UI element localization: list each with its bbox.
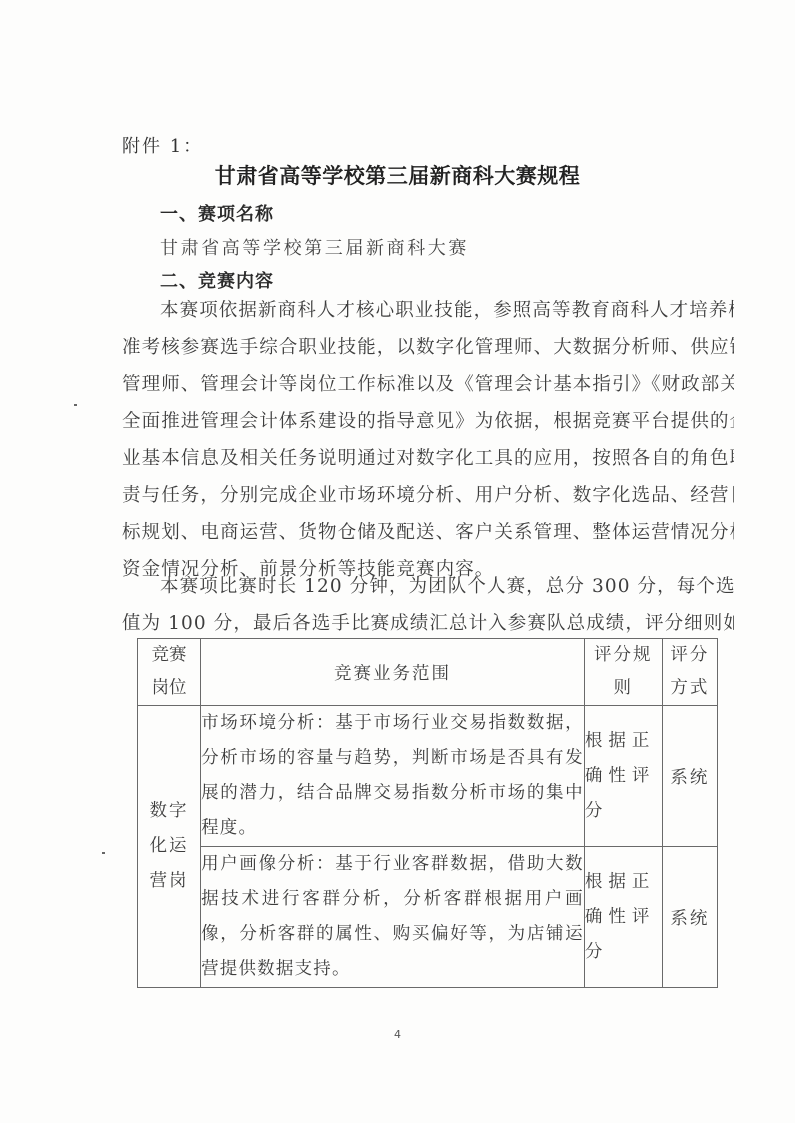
header-text: 岗位 [138, 672, 200, 705]
scope-cell: 市场环境分析：基于市场行业交易指数数据， 分析市场的容量与趋势，判断市场是否具有… [201, 706, 585, 847]
paragraph-line: 全面推进管理会计体系建设的指导意见》为依据，根据竞赛平台提供的企 [122, 403, 734, 440]
header-text: 评分规 [585, 639, 662, 672]
position-cell: 数字 化运 营岗 [138, 706, 201, 988]
header-scope: 竞赛业务范围 [201, 639, 585, 706]
header-rule: 评分规 则 [584, 639, 662, 706]
scope-line: 用户画像分析：基于行业客群数据，借助大数 [201, 847, 584, 882]
rule-line: 分 [585, 794, 662, 829]
scope-line: 分析市场的容量与趋势，判断市场是否具有发 [201, 741, 584, 776]
table-row: 用户画像分析：基于行业客群数据，借助大数 据技术进行客群分析，分析客群根据用户画… [138, 847, 718, 988]
position-text: 化运 [138, 829, 200, 864]
table-row: 数字 化运 营岗 市场环境分析：基于市场行业交易指数数据， 分析市场的容量与趋势… [138, 706, 718, 847]
scan-speck [102, 852, 105, 854]
section-heading-1: 一、赛项名称 [160, 200, 274, 226]
scope-line: 营提供数据支持。 [201, 952, 584, 987]
page-number: 4 [0, 1028, 795, 1041]
document-title: 甘肃省高等学校第三届新商科大赛规程 [0, 160, 795, 190]
rule-line: 确性评 [585, 759, 662, 794]
rule-cell: 根据正 确性评 分 [584, 847, 662, 988]
content-paragraph-2: 本赛项比赛时长 120 分钟，为团队个人赛，总分 300 分，每个选手分 值为 … [122, 568, 734, 642]
header-position: 竞赛 岗位 [138, 639, 201, 706]
paragraph-line: 准考核参赛选手综合职业技能，以数字化管理师、大数据分析师、供应链 [122, 329, 734, 366]
header-text: 方式 [663, 672, 717, 705]
section-heading-2: 二、竞赛内容 [160, 267, 274, 293]
rule-line: 根据正 [585, 865, 662, 900]
scope-line: 像，分析客群的属性、购买偏好等，为店铺运 [201, 917, 584, 952]
rule-line: 根据正 [585, 724, 662, 759]
table-header-row: 竞赛 岗位 竞赛业务范围 评分规 则 评分 方式 [138, 639, 718, 706]
scope-line: 展的潜力，结合品牌交易指数分析市场的集中 [201, 776, 584, 811]
competition-name: 甘肃省高等学校第三届新商科大赛 [160, 234, 469, 260]
position-text: 数字 [138, 794, 200, 829]
paragraph-line: 标规划、电商运营、货物仓储及配送、客户关系管理、整体运营情况分析、 [122, 514, 734, 551]
paragraph-line: 值为 100 分，最后各选手比赛成绩汇总计入参赛队总成绩，评分细则如下： [122, 605, 734, 642]
header-text: 则 [585, 672, 662, 705]
paragraph-line: 责与任务，分别完成企业市场环境分析、用户分析、数字化选品、经营目 [122, 477, 734, 514]
scope-line: 市场环境分析：基于市场行业交易指数数据， [201, 706, 584, 741]
paragraph-line: 管理师、管理会计等岗位工作标准以及《管理会计基本指引》《财政部关于 [122, 366, 734, 403]
scope-line: 程度。 [201, 811, 584, 846]
header-method: 评分 方式 [662, 639, 717, 706]
rule-line: 确性评 [585, 900, 662, 935]
method-cell: 系统 [662, 847, 717, 988]
paragraph-line: 业基本信息及相关任务说明通过对数字化工具的应用，按照各自的角色职 [122, 440, 734, 477]
rule-line: 分 [585, 935, 662, 970]
paragraph-line: 本赛项依据新商科人才核心职业技能，参照高等教育商科人才培养标 [122, 292, 734, 329]
scan-speck [74, 404, 77, 406]
position-text: 营岗 [138, 864, 200, 899]
rule-cell: 根据正 确性评 分 [584, 706, 662, 847]
paragraph-line: 本赛项比赛时长 120 分钟，为团队个人赛，总分 300 分，每个选手分 [122, 568, 734, 605]
scope-line: 据技术进行客群分析，分析客群根据用户画 [201, 882, 584, 917]
content-paragraph-1: 本赛项依据新商科人才核心职业技能，参照高等教育商科人才培养标 准考核参赛选手综合… [122, 292, 734, 588]
method-cell: 系统 [662, 706, 717, 847]
header-text: 评分 [663, 639, 717, 672]
scoring-table: 竞赛 岗位 竞赛业务范围 评分规 则 评分 方式 数字 化运 营岗 市场环境分析… [137, 638, 718, 988]
scope-cell: 用户画像分析：基于行业客群数据，借助大数 据技术进行客群分析，分析客群根据用户画… [201, 847, 585, 988]
attachment-label: 附件 1： [122, 132, 203, 158]
header-text: 竞赛 [138, 639, 200, 672]
